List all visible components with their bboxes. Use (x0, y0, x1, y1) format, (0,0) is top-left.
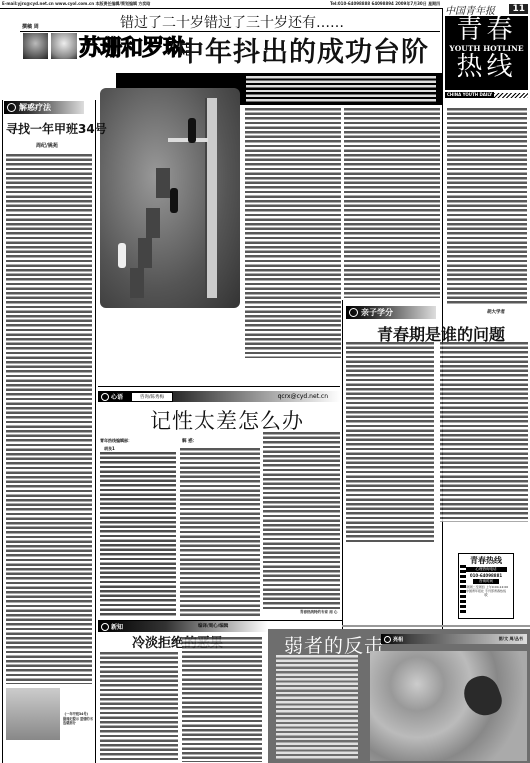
cold-section-label: 新知 (111, 622, 123, 631)
youth-section-header: 亲子学分 (346, 306, 436, 319)
hotline-phone: 010-64098881 (459, 573, 513, 578)
weak-body (276, 655, 358, 760)
section-title-box: 青春 YOUTH HOTLINE 热线 (445, 16, 528, 90)
section-logo-icon (101, 393, 109, 401)
memory-section-tag: 咨询/陈秀梅 (131, 392, 173, 402)
memory-letter-body (100, 452, 176, 617)
section-logo-icon (7, 103, 16, 112)
left-section-label: 解惑疗法 (19, 102, 51, 113)
hotline-side-strip (460, 565, 466, 615)
memory-divider (342, 300, 343, 640)
photo-byline: 图/文 周/丛书 (499, 636, 523, 642)
memory-reply-col-1 (180, 448, 260, 618)
section-title-top: 青春 (445, 17, 528, 44)
section-title-bottom: 热线 (445, 53, 528, 81)
photo-susan (23, 33, 48, 59)
memory-reader-greeting: 青年热线编辑部： (100, 438, 132, 444)
cold-body-col-1 (100, 652, 178, 762)
memory-section-label: 心语 (111, 392, 123, 401)
memory-reply-label: 解 惑： (182, 438, 197, 444)
section-logo-icon (384, 636, 391, 643)
section-footer: CHINA YOUTH DAILY (445, 92, 494, 98)
memory-top-rule (98, 386, 340, 387)
left-section-header: 解惑疗法 (4, 101, 84, 114)
youth-section-label: 亲子学分 (361, 307, 393, 318)
left-article-caption: 《一年甲班34号》 据周纪提示 爱情的书 连载部分 (63, 712, 93, 726)
lead-body-col-3 (447, 108, 527, 306)
cold-section-header: 新知 (98, 621, 268, 632)
weak-title: 弱者的反击 (284, 631, 384, 658)
left-article-byline: 周纪/姚苑 (36, 142, 58, 149)
leaf-shape (459, 671, 506, 721)
section-masthead: 中国青年报 11 青春 YOUTH HOTLINE 热线 CHINA YOUTH… (445, 2, 528, 99)
leaf-photo (370, 651, 527, 761)
hotline-sub1: 心理咨询电话 (465, 567, 507, 572)
memory-signoff: 青春热线特约专家 周 心 (300, 610, 337, 615)
stripes-decoration (494, 93, 528, 98)
youth-body-col-1 (346, 342, 434, 542)
photo-section-label: 亮相 (393, 636, 403, 643)
lead-author: 撰稿 周 (22, 23, 39, 30)
page-number: 11 (509, 4, 528, 14)
left-article-title: 寻找一年甲班34号 (6, 120, 107, 137)
photo-section-header: 亮相 图/文 周/丛书 (381, 634, 527, 644)
hotline-title: 青春热线 (459, 555, 513, 566)
youth-byline: 胡大学者 (487, 309, 505, 315)
lead-kicker: 错过了二十岁错过了三十岁还有…… (120, 12, 344, 32)
section-logo-icon (101, 623, 109, 631)
hotline-sub2: 咨询时间 (473, 579, 499, 584)
lead-title-names: 苏珊和罗琳: (79, 31, 192, 62)
staircase-illustration (100, 88, 240, 308)
cold-byline: 编译/周心/编辑 (198, 623, 228, 629)
hotline-recipient: 收 (459, 593, 513, 598)
cold-body-col-2 (182, 637, 262, 762)
photo-rowling (51, 33, 77, 59)
memory-title: 记性太差怎么办 (150, 405, 304, 435)
masthead-rule (0, 8, 443, 9)
lead-body-col-1 (245, 108, 341, 358)
masthead-right-info: Tel:010-64098888 64098894 2009年7月30日 星期四 (330, 2, 440, 7)
youth-bottom-rule (342, 625, 530, 627)
memory-email: qcrx@cyd.net.cn (278, 393, 328, 400)
lead-intro-text (246, 76, 436, 102)
masthead-left-info: E-mail:yjrx@cyd.net.cn www.cyol.com.cn 本… (2, 2, 150, 7)
left-article-body (6, 154, 92, 684)
section-logo-icon (349, 308, 358, 317)
memory-section-header: 心语 咨询/陈秀梅 qcrx@cyd.net.cn (98, 391, 340, 402)
left-article-photo (6, 688, 60, 740)
youth-body-col-2 (440, 342, 528, 522)
lead-body-col-2 (344, 108, 440, 298)
lead-title-main: 中年抖出的成功台阶 (177, 30, 429, 69)
memory-reply-col-2 (263, 432, 340, 610)
hotline-box: 青春热线 心理咨询电话 010-64098881 咨询时间 每周周二至周四 上午… (458, 553, 514, 619)
